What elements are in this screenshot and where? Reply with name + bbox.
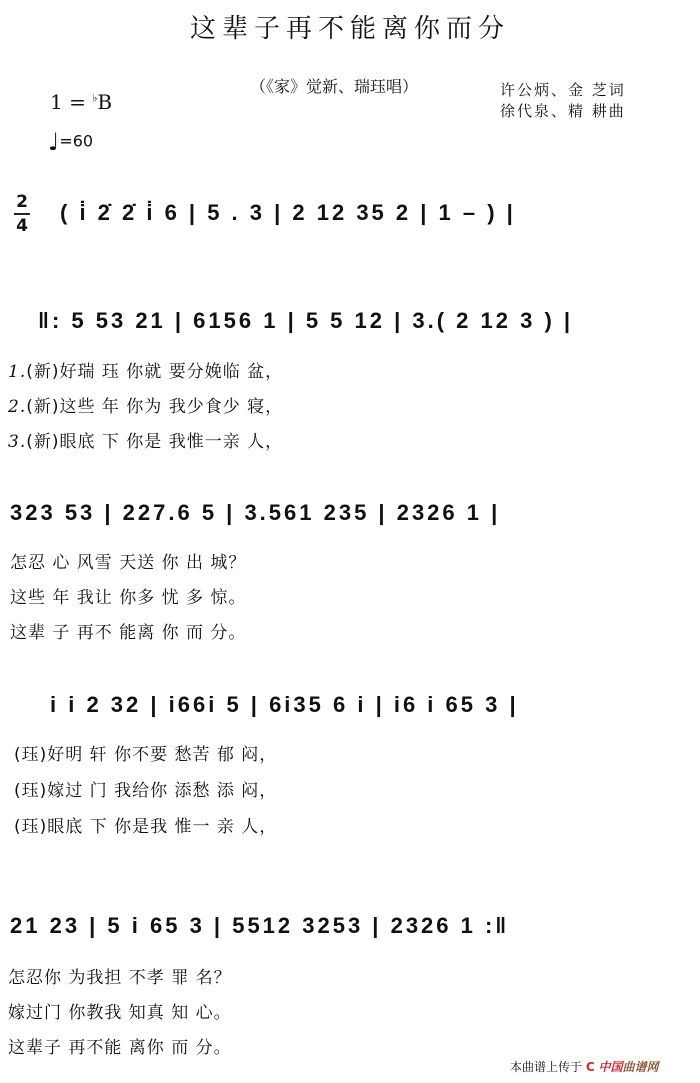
lyric-line: 这些 年 我让 你多 忧 多 惊。 <box>10 583 246 608</box>
time-sig-divider <box>14 213 30 215</box>
site-logo-text-2[interactable]: 曲谱网 <box>623 1060 659 1074</box>
score-line-2: 323 53 | 227.6 5 | 3.561 235 | 2326 1 | <box>10 500 500 526</box>
quarter-note-icon: ♩ <box>48 128 59 156</box>
page-title: 这辈子再不能离你而分 <box>0 8 700 45</box>
verse-number: 3. <box>8 432 26 452</box>
verse-number: 1. <box>8 362 26 382</box>
lyric-line: 怎忍你 为我担 不孝 罪 名？ <box>8 963 232 988</box>
lyric-line: 1.(新)好瑞 珏 你就 要分娩临 盆， <box>8 357 283 382</box>
lyric-text: (新)好瑞 珏 你就 要分娩临 盆， <box>26 362 283 382</box>
site-logo-icon[interactable]: C <box>586 1060 595 1074</box>
lyric-line: 3.(新)眼底 下 你是 我惟一亲 人， <box>8 427 283 452</box>
lyric-line: 这辈 子 再不 能离 你 而 分。 <box>10 618 246 643</box>
verse-number: 2. <box>8 397 26 417</box>
lyric-text: (新)这些 年 你为 我少食少 寝， <box>26 397 283 417</box>
score-line-intro: ( i̇ 2̇ 2̇ i̇ 6 | 5 . 3 | 2 12 35 2 | 1 … <box>60 200 516 226</box>
time-signature: 2 4 <box>14 192 30 236</box>
lyric-line: 2.(新)这些 年 你为 我少食少 寝， <box>8 392 283 417</box>
score-line-4: 21 23 | 5 i 65 3 | 5512 3253 | 2326 1 :‖ <box>10 913 509 939</box>
score-line-3: i i 2 32 | i66i 5 | 6i35 6 i | i6 i 65 3… <box>50 692 519 718</box>
tempo-value: =60 <box>59 132 93 151</box>
lyric-line: (珏)好明 轩 你不要 愁苦 郁 闷， <box>14 740 277 765</box>
footer-prefix: 本曲谱上传于 <box>510 1060 582 1074</box>
key-note: B <box>97 90 112 114</box>
footer-attribution: 本曲谱上传于 C 中国曲谱网 <box>510 1058 659 1075</box>
subtitle: （《家》觉新、瑞珏唱） <box>250 74 418 97</box>
lyric-line: (珏)眼底 下 你是我 惟一 亲 人， <box>14 812 277 837</box>
lyric-line: 嫁过门 你教我 知真 知 心。 <box>8 998 232 1023</box>
lyric-line: 这辈子 再不能 离你 而 分。 <box>8 1033 232 1058</box>
time-sig-top: 2 <box>14 192 30 212</box>
lyric-line: (珏)嫁过 门 我给你 添愁 添 闷， <box>14 776 277 801</box>
lyric-line: 怎忍 心 风雪 天送 你 出 城？ <box>10 548 246 573</box>
tempo-marking: ♩=60 <box>48 128 93 156</box>
key-prefix: 1 = <box>50 90 92 114</box>
site-logo-text[interactable]: 中国 <box>598 1060 622 1074</box>
lyric-text: (新)眼底 下 你是 我惟一亲 人， <box>26 432 283 452</box>
lyricists: 许公炳、金 芝词 <box>500 80 626 101</box>
score-line-1: ‖: 5 53 21 | 6156 1 | 5 5 12 | 3.( 2 12 … <box>38 308 573 334</box>
time-sig-bottom: 4 <box>14 216 30 236</box>
composers: 徐代泉、精 耕曲 <box>500 101 626 122</box>
key-signature: 1 = ♭B <box>50 90 112 114</box>
credits: 许公炳、金 芝词 徐代泉、精 耕曲 <box>500 80 626 122</box>
